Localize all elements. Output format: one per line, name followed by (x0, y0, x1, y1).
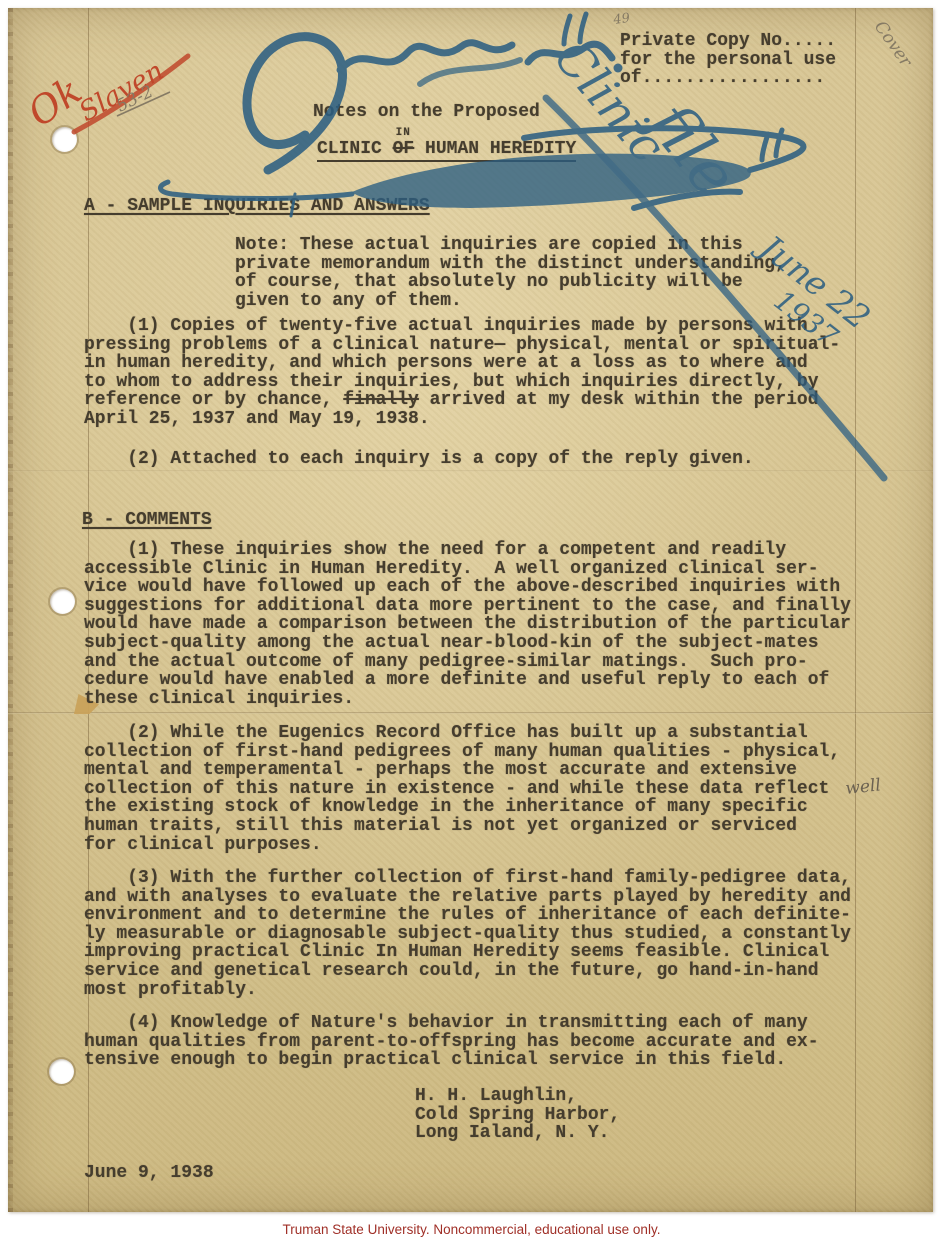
section-b-paragraph-4: (4) Knowledge of Nature's behavior in tr… (84, 1014, 819, 1070)
struck-word-of: OF (393, 139, 415, 159)
document-title: CLINIC INOF HUMAN HEREDITY (317, 140, 576, 162)
torn-left-edge (8, 8, 13, 1212)
section-b-paragraph-3: (3) With the further collection of first… (84, 869, 851, 999)
document-subtitle: Notes on the Proposed (313, 103, 540, 122)
scanned-document-page: Private Copy No.....for the personal use… (0, 0, 943, 1249)
title-correction: INOF (393, 140, 415, 159)
section-b-paragraph-1: (1) These inquiries show the need for a … (84, 541, 851, 708)
hole-punch-bottom (49, 1059, 74, 1084)
private-copy-block: Private Copy No.....for the personal use… (620, 32, 836, 88)
hole-punch-top (52, 127, 77, 152)
signature-block: H. H. Laughlin,Cold Spring Harbor,Long I… (415, 1087, 620, 1143)
section-a-paragraph-1: (1) Copies of twenty-five actual inquiri… (84, 317, 840, 429)
title-text-after: HUMAN HEREDITY (414, 139, 576, 159)
footer-credit: Truman State University. Noncommercial, … (0, 1222, 943, 1237)
section-b-heading: B - COMMENTS (82, 511, 212, 530)
fold-line-vertical-right (855, 8, 856, 1212)
section-b-paragraph-2: (2) While the Eugenics Record Office has… (84, 724, 840, 854)
section-a-paragraph-2: (2) Attached to each inquiry is a copy o… (84, 450, 754, 469)
crease-line-upper (8, 470, 933, 472)
title-text-before: CLINIC (317, 139, 393, 159)
section-a-note-block: Note: These actual inquiries are copied … (235, 236, 786, 310)
crease-line-middle (8, 712, 933, 714)
hole-punch-middle (50, 589, 75, 614)
section-a-heading: A - SAMPLE INQUIRIES AND ANSWERS (84, 197, 430, 216)
typed-date: June 9, 1938 (84, 1164, 214, 1183)
inserted-word-in: IN (396, 128, 411, 139)
